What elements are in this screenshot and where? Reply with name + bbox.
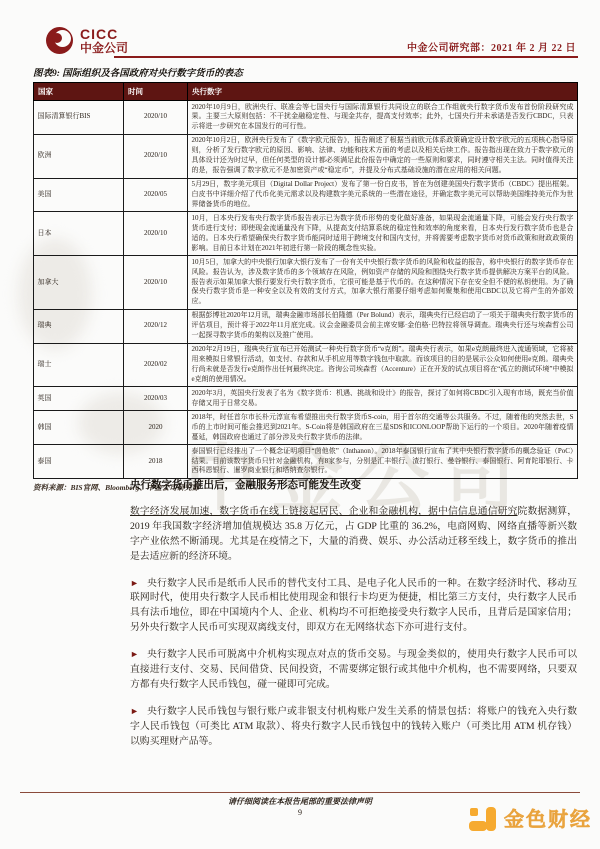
bullet-paragraph: ►央行数字人民币钱包与银行账户或非银支付机构账户发生关系的情景包括：将账户的钱充… — [130, 705, 577, 750]
table-row: 瑞士 2020/02 2020年2月19日，瑞典央行宣布已开始测试一种央行数字货… — [34, 343, 578, 387]
description-cell: 5月29日，数字美元项目（Digital Dollar Project）发布了第… — [188, 178, 578, 212]
lead-underlined: 数字经济发展加速，数字货币在线上链接起居民、企业和金融机构，据中信信息通信研究 — [130, 506, 518, 517]
time-cell: 2020/05 — [124, 178, 188, 212]
time-cell: 2020/10 — [124, 134, 188, 178]
description-cell: 2020年10月2日，欧洲央行发布了《数字欧元报告》，报告阐述了根据当前欧元体系… — [188, 134, 578, 178]
time-cell: 2020/02 — [124, 343, 188, 387]
research-dept-date: 中金公司研究部：2021 年 2 月 22 日 — [407, 39, 576, 54]
country-cell: 国际清算银行BIS — [34, 101, 124, 135]
country-cell: 瑞典 — [34, 309, 124, 343]
bullet-marker-icon: ► — [130, 578, 139, 588]
description-cell: 根据彭博社2020年12月讯，瑞典金融市场部长伯隆德（Per Bolund）表示… — [188, 309, 578, 343]
bullet-paragraph: ►央行数字人民币可脱离中介机构实现点对点的货币交易。与现金类似的，使用央行数字人… — [130, 648, 577, 693]
column-header-country: 国家 — [34, 83, 124, 101]
bullet-text: 央行数字人民币是纸币人民币的替代支付工具、是电子化人民币的一种。在数字经济时代、… — [130, 578, 577, 634]
description-cell: 2020年2月19日，瑞典央行宣布已开始测试一种央行数字货币“e克朗”。瑞典央行… — [188, 343, 578, 387]
table-row: 国际清算银行BIS 2020/10 2020年10月9日，欧洲央行、联准会等七国… — [34, 101, 578, 135]
table-row: 韩国 2020 2018年，时任首尔市长朴元淳宣布希望推出央行数字货币S-coi… — [34, 411, 578, 445]
figure-title: 图表9: 国际组织及各国政府对央行数字货币的表态 — [33, 65, 578, 79]
time-cell: 2020/12 — [124, 309, 188, 343]
bullet-marker-icon: ► — [130, 649, 139, 659]
country-cell: 日本 — [34, 212, 124, 256]
table-row: 日本 2020/10 10月，日本央行发布央行数字货币报告表示已为数字货币形势的… — [34, 212, 578, 256]
cbdc-table: 国家 时间 央行数字 国际清算银行BIS 2020/10 2020年10月9日，… — [33, 82, 578, 479]
country-cell: 瑞士 — [34, 343, 124, 387]
time-cell: 2020/03 — [124, 387, 188, 411]
body-section: 央行数字货币推出后，金融服务形态可能发生改变 数字经济发展加速，数字货币在线上链… — [130, 477, 577, 761]
description-cell: 2020年10月9日，欧洲央行、联准会等七国央行与国际清算银行共同设立的联合工作… — [188, 101, 578, 135]
country-cell: 泰国 — [34, 445, 124, 479]
time-cell: 2020 — [124, 411, 188, 445]
section-heading: 央行数字货币推出后，金融服务形态可能发生改变 — [130, 477, 577, 492]
table-row: 泰国 2018 泰国银行已经推出了一个概念证明项目“茵他侬”（Inthanon）… — [34, 445, 578, 479]
country-cell: 欧洲 — [34, 134, 124, 178]
description-cell: 10月5日，加拿大的中央银行加拿大银行发布了一份有关中央银行数字货币的风险和收益… — [188, 256, 578, 310]
column-header-time: 时间 — [124, 83, 188, 101]
time-cell: 2020/10 — [124, 101, 188, 135]
table-header-row: 国家 时间 央行数字 — [34, 83, 578, 101]
cicc-logo: CICC 中金公司 — [46, 27, 128, 54]
logo-cn-text: 中金公司 — [80, 42, 128, 55]
bullet-list: ►央行数字人民币是纸币人民币的替代支付工具、是电子化人民币的一种。在数字经济时代… — [130, 577, 577, 750]
time-cell: 2020/10 — [124, 212, 188, 256]
table-row: 加拿大 2020/10 10月5日，加拿大的中央银行加拿大银行发布了一份有关中央… — [34, 256, 578, 310]
description-cell: 2020年3月，英国央行发表了名为《数字货币：机遇、挑战和设计》的报告，探讨了如… — [188, 387, 578, 411]
report-page: 中金公司 CICC 中金公司 中金公司研究部：2021 年 2 月 22 日 图… — [0, 0, 600, 849]
country-cell: 美国 — [34, 178, 124, 212]
figure-block: 图表9: 国际组织及各国政府对央行数字货币的表态 国家 时间 央行数字 国际清算… — [33, 65, 578, 500]
table-row: 美国 2020/05 5月29日，数字美元项目（Digital Dollar P… — [34, 178, 578, 212]
description-cell: 泰国银行已经推出了一个概念证明项目“茵他侬”（Inthanon）。2018年泰国… — [188, 445, 578, 479]
logo-cicc-text: CICC — [80, 27, 128, 42]
description-cell: 10月，日本央行发布央行数字货币报告表示已为数字货币形势的变化做好准备，如果现金… — [188, 212, 578, 256]
description-cell: 2018年，时任首尔市长朴元淳宣布希望推出央行数字货币S-coin，用于首尔的交… — [188, 411, 578, 445]
lead-paragraph: 数字经济发展加速，数字货币在线上链接起居民、企业和金融机构，据中信信息通信研究院… — [130, 505, 577, 565]
jinse-finance-logo: 金色财经 — [469, 803, 592, 832]
time-cell: 2020/10 — [124, 256, 188, 310]
footer-divider — [20, 792, 580, 793]
table-row: 欧洲 2020/10 2020年10月2日，欧洲央行发布了《数字欧元报告》，报告… — [34, 134, 578, 178]
bullet-marker-icon: ► — [130, 706, 139, 716]
bullet-paragraph: ►央行数字人民币是纸币人民币的替代支付工具、是电子化人民币的一种。在数字经济时代… — [130, 577, 577, 637]
jinse-finance-text: 金色财经 — [504, 803, 592, 832]
country-cell: 加拿大 — [34, 256, 124, 310]
cicc-logo-icon — [46, 27, 73, 54]
jinse-finance-icon — [469, 804, 496, 831]
header-divider — [114, 56, 578, 58]
column-header-cbdc: 央行数字 — [188, 83, 578, 101]
country-cell: 韩国 — [34, 411, 124, 445]
time-cell: 2018 — [124, 445, 188, 479]
bullet-text: 央行数字人民币钱包与银行账户或非银支付机构账户发生关系的情景包括：将账户的钱充入… — [130, 706, 577, 747]
table-row: 英国 2020/03 2020年3月，英国央行发表了名为《数字货币：机遇、挑战和… — [34, 387, 578, 411]
table-row: 瑞典 2020/12 根据彭博社2020年12月讯，瑞典金融市场部长伯隆德（Pe… — [34, 309, 578, 343]
country-cell: 英国 — [34, 387, 124, 411]
bullet-text: 央行数字人民币可脱离中介机构实现点对点的货币交易。与现金类似的，使用央行数字人民… — [130, 649, 577, 690]
